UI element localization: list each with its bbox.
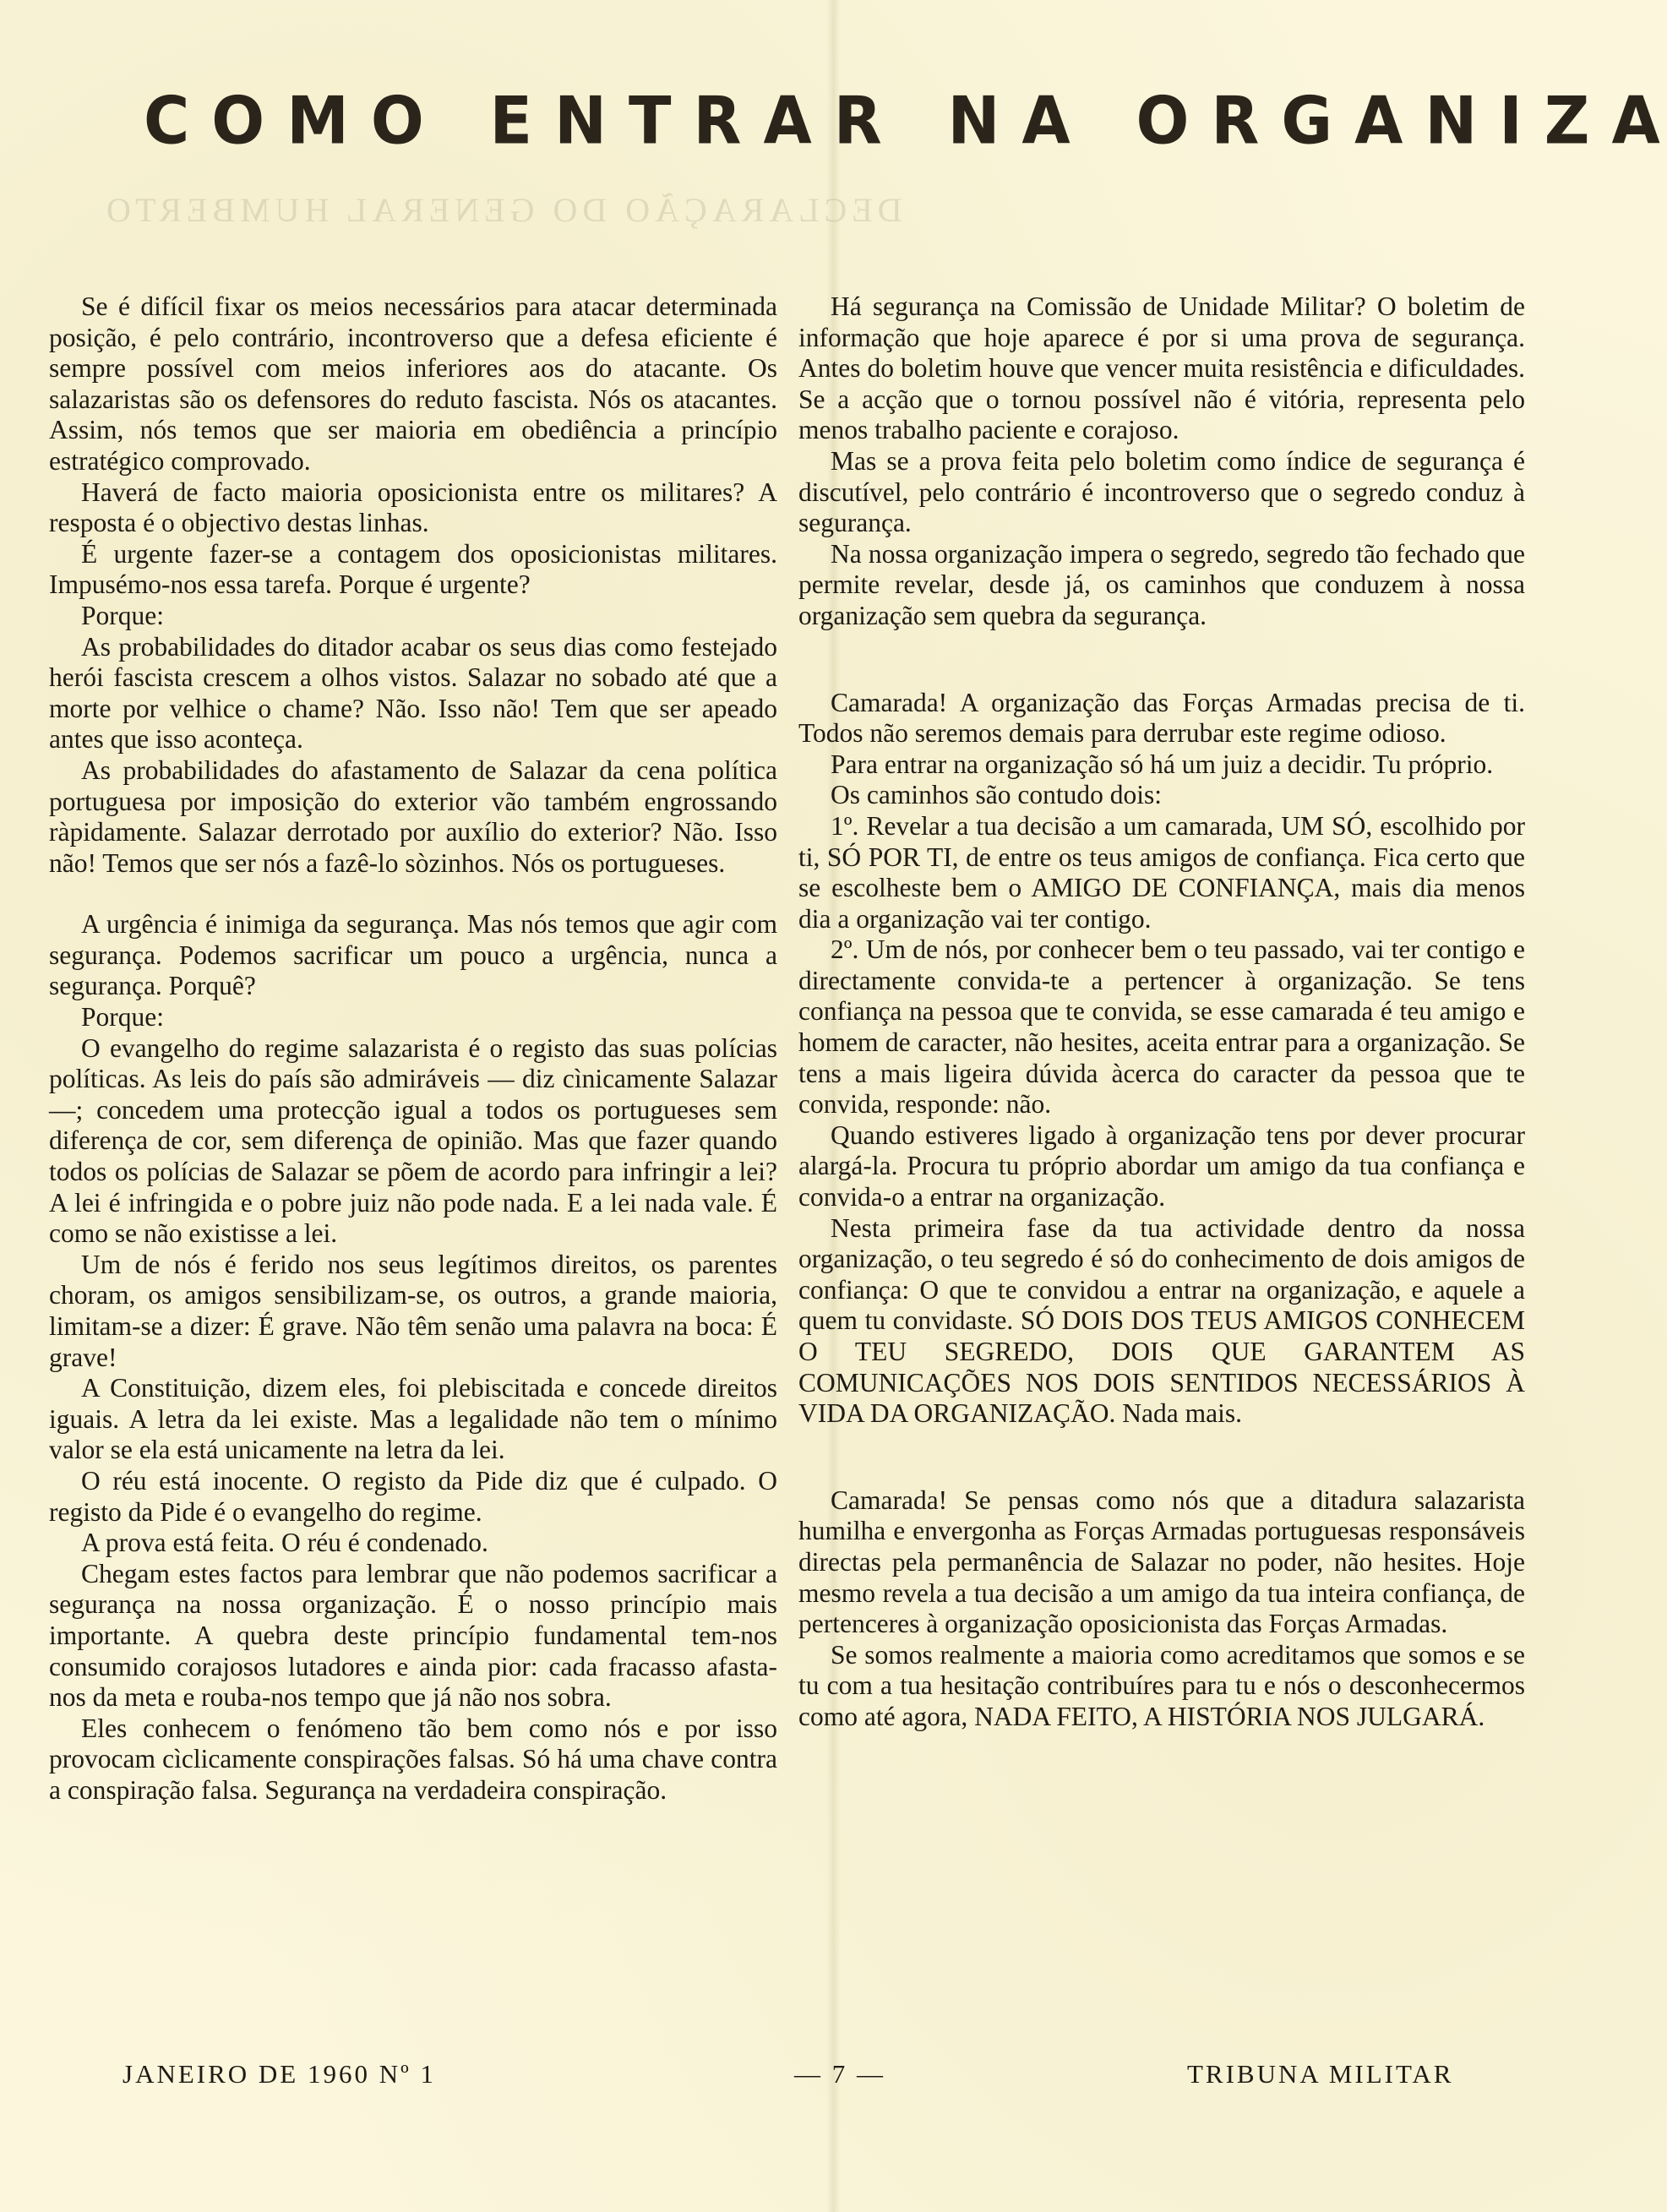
publication-name: TRIBUNA MILITAR (1187, 2059, 1453, 2089)
paragraph: As probabilidades do ditador acabar os s… (49, 632, 777, 755)
paragraph: Na nossa organização impera o segredo, s… (798, 539, 1525, 632)
paragraph: Há segurança na Comissão de Unidade Mili… (798, 291, 1525, 446)
paragraph: O réu está inocente. O registo da Pide d… (49, 1466, 777, 1528)
bleed-through-text: DECLARAÇÃO DO GENERAL HUMBERTO (101, 190, 902, 230)
paragraph: O evangelho do regime salazarista é o re… (49, 1033, 777, 1250)
issue-date: JANEIRO DE 1960 Nº 1 (123, 2059, 436, 2089)
paragraph: A urgência é inimiga da segurança. Mas n… (49, 909, 777, 1002)
paragraph: Camarada! Se pensas como nós que a ditad… (798, 1485, 1525, 1640)
paragraph: Nesta primeira fase da tua actividade de… (798, 1213, 1525, 1430)
paragraph: Camarada! A organização das Forças Armad… (798, 688, 1525, 749)
page-number: — 7 — (794, 2059, 885, 2089)
left-column: Se é difícil fixar os meios necessários … (49, 291, 777, 1806)
newspaper-page: DECLARAÇÃO DO GENERAL HUMBERTO COMO ENTR… (0, 0, 1667, 2212)
paragraph: É urgente fazer-se a contagem dos oposic… (49, 539, 777, 601)
paragraph: Chegam estes factos para lembrar que não… (49, 1559, 777, 1713)
paragraph: 2º. Um de nós, por conhecer bem o teu pa… (798, 934, 1525, 1120)
paragraph: Mas se a prova feita pelo boletim como í… (798, 446, 1525, 539)
paragraph: Haverá de facto maioria oposicionista en… (49, 477, 777, 539)
paragraph: Porque: (49, 601, 777, 632)
paragraph: As probabilidades do afastamento de Sala… (49, 755, 777, 879)
paragraph: Se somos realmente a maioria como acredi… (798, 1640, 1525, 1733)
right-column: Há segurança na Comissão de Unidade Mili… (798, 291, 1525, 1733)
paragraph: Para entrar na organização só há um juiz… (798, 749, 1525, 781)
paragraph: Eles conhecem o fenómeno tão bem como nó… (49, 1713, 777, 1806)
paragraph: Os caminhos são contudo dois: (798, 780, 1525, 811)
paragraph: Um de nós é ferido nos seus legítimos di… (49, 1250, 777, 1373)
page-footer: JANEIRO DE 1960 Nº 1 — 7 — TRIBUNA MILIT… (84, 2059, 1521, 2093)
paragraph: Porque: (49, 1002, 777, 1033)
paragraph: 1º. Revelar a tua decisão a um camarada,… (798, 811, 1525, 934)
paragraph: Se é difícil fixar os meios necessários … (49, 291, 777, 477)
paragraph: A Constituição, dizem eles, foi plebisci… (49, 1373, 777, 1466)
paragraph: A prova está feita. O réu é condenado. (49, 1528, 777, 1559)
page-title: COMO ENTRAR NA ORGANIZAÇÃO (144, 83, 1462, 159)
paragraph: Quando estiveres ligado à organização te… (798, 1120, 1525, 1213)
